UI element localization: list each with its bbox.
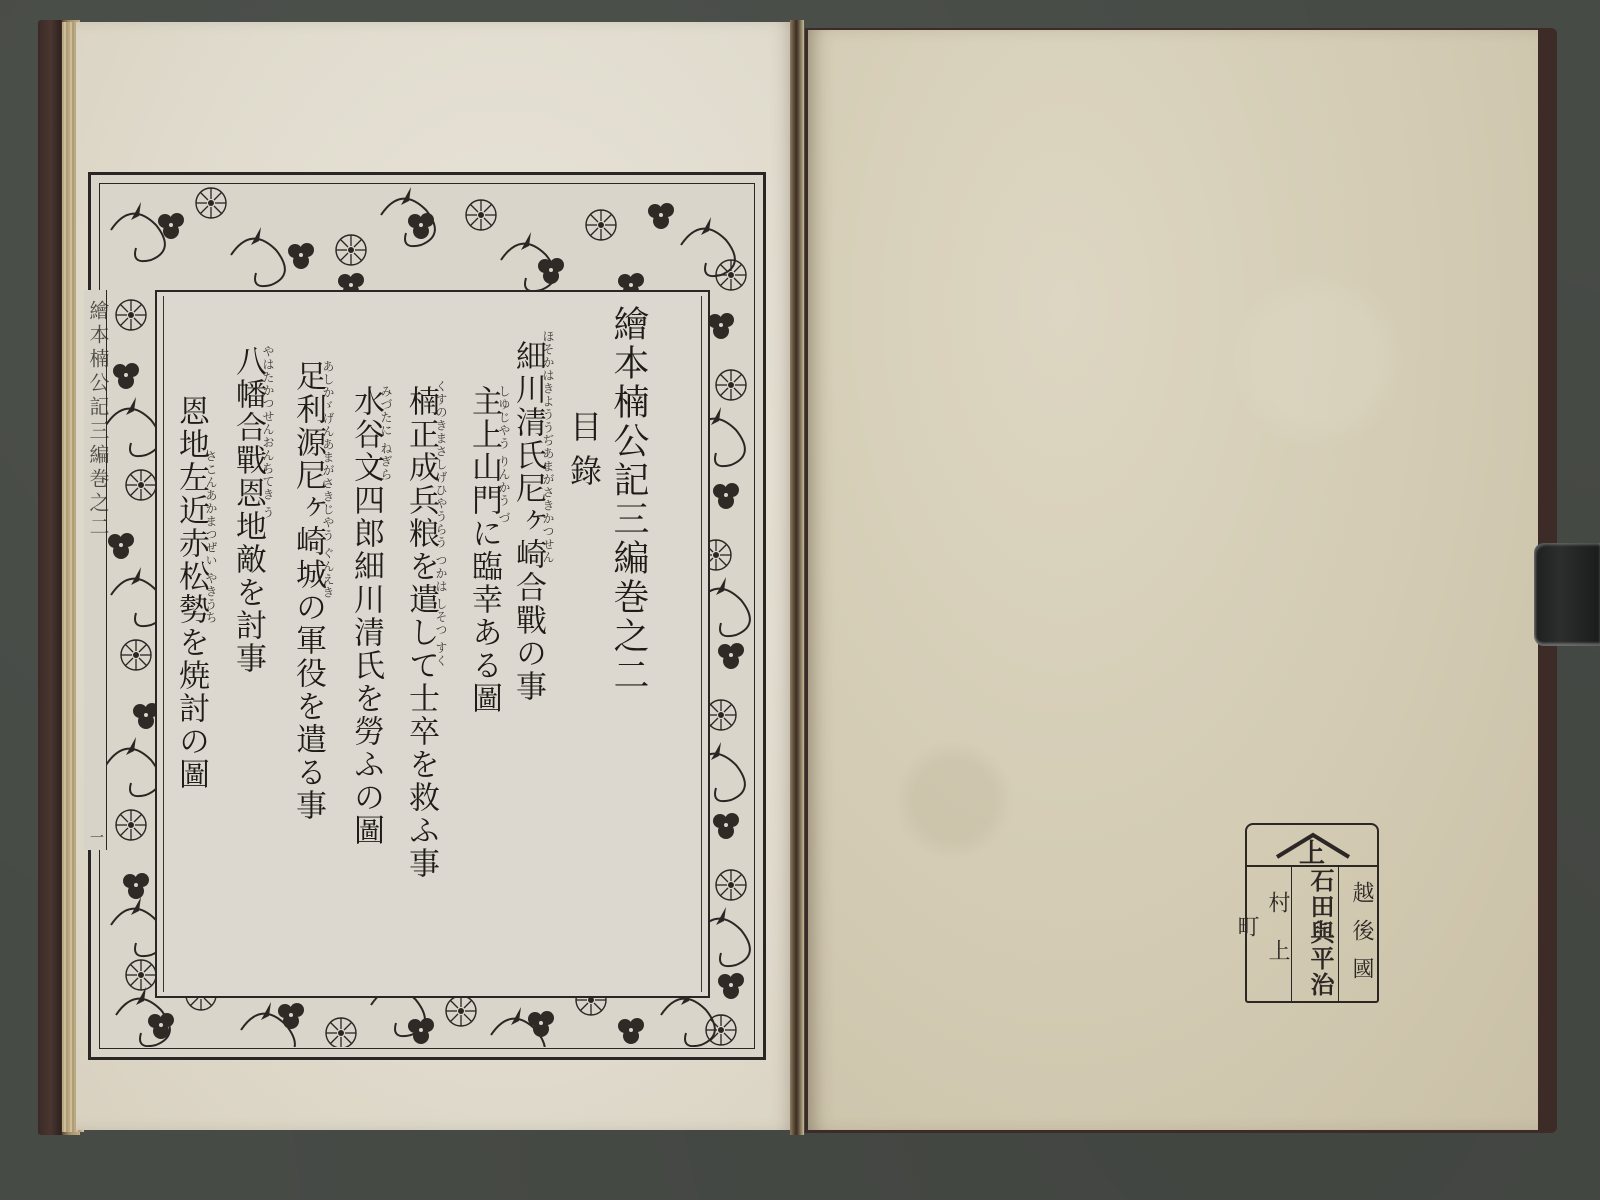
- contents-entry-7: 恩地左近赤松勢を焼討の圖: [175, 395, 206, 791]
- contents-entry-2: 主上山門に臨幸ある圖: [468, 385, 499, 715]
- contents-entry-6: 八幡合戰恩地敵を討事: [232, 345, 263, 675]
- ruby-2: しゆじやう りんかう づ: [496, 385, 513, 525]
- ruby-1: ほそかはきよううぢあまがさきかつせん: [540, 330, 557, 564]
- contents-entry-1: 細川清氏尼ヶ崎合戰の事: [512, 340, 543, 703]
- stamp-town: 村上町: [1247, 865, 1293, 1001]
- spine-page-number: 一: [86, 830, 106, 844]
- stamp-header: 上: [1247, 825, 1377, 867]
- stamp-owner-name: 石田與平治: [1291, 865, 1339, 1001]
- ruby-6: やはたかつせんおんちてき う: [260, 345, 277, 519]
- contents-entry-4: 水谷文四郎細川清氏を勞ふの圖: [350, 385, 381, 847]
- stamp-province: 越後國: [1339, 865, 1377, 1001]
- book-gutter: [790, 20, 804, 1135]
- contents-heading: 目錄: [568, 410, 600, 498]
- ruby-3: くすのきまさしげひやうらう つかは しそつ すく: [433, 380, 450, 667]
- contents-entry-3: 楠正成兵粮を遣して士卒を救ふ事: [405, 385, 436, 880]
- ruby-5: あしかゞげんあまがさきじやう ぐんえき: [320, 360, 337, 599]
- contents-entry-5: 足利源尼ヶ崎城の軍役を遣る事: [292, 360, 323, 822]
- spine-title: 繪本楠公記三編巻之二: [84, 300, 113, 540]
- book-clip: [1534, 543, 1600, 646]
- right-page: [808, 30, 1538, 1130]
- ruby-4: みづたに ねぎら: [378, 385, 395, 481]
- ruby-7: さこんあかまつぜい やきうち: [203, 450, 220, 624]
- book-title: 繪本楠公記三編巻之二: [610, 305, 646, 695]
- ownership-stamp: 上 越後國 石田與平治 村上町: [1245, 823, 1379, 1003]
